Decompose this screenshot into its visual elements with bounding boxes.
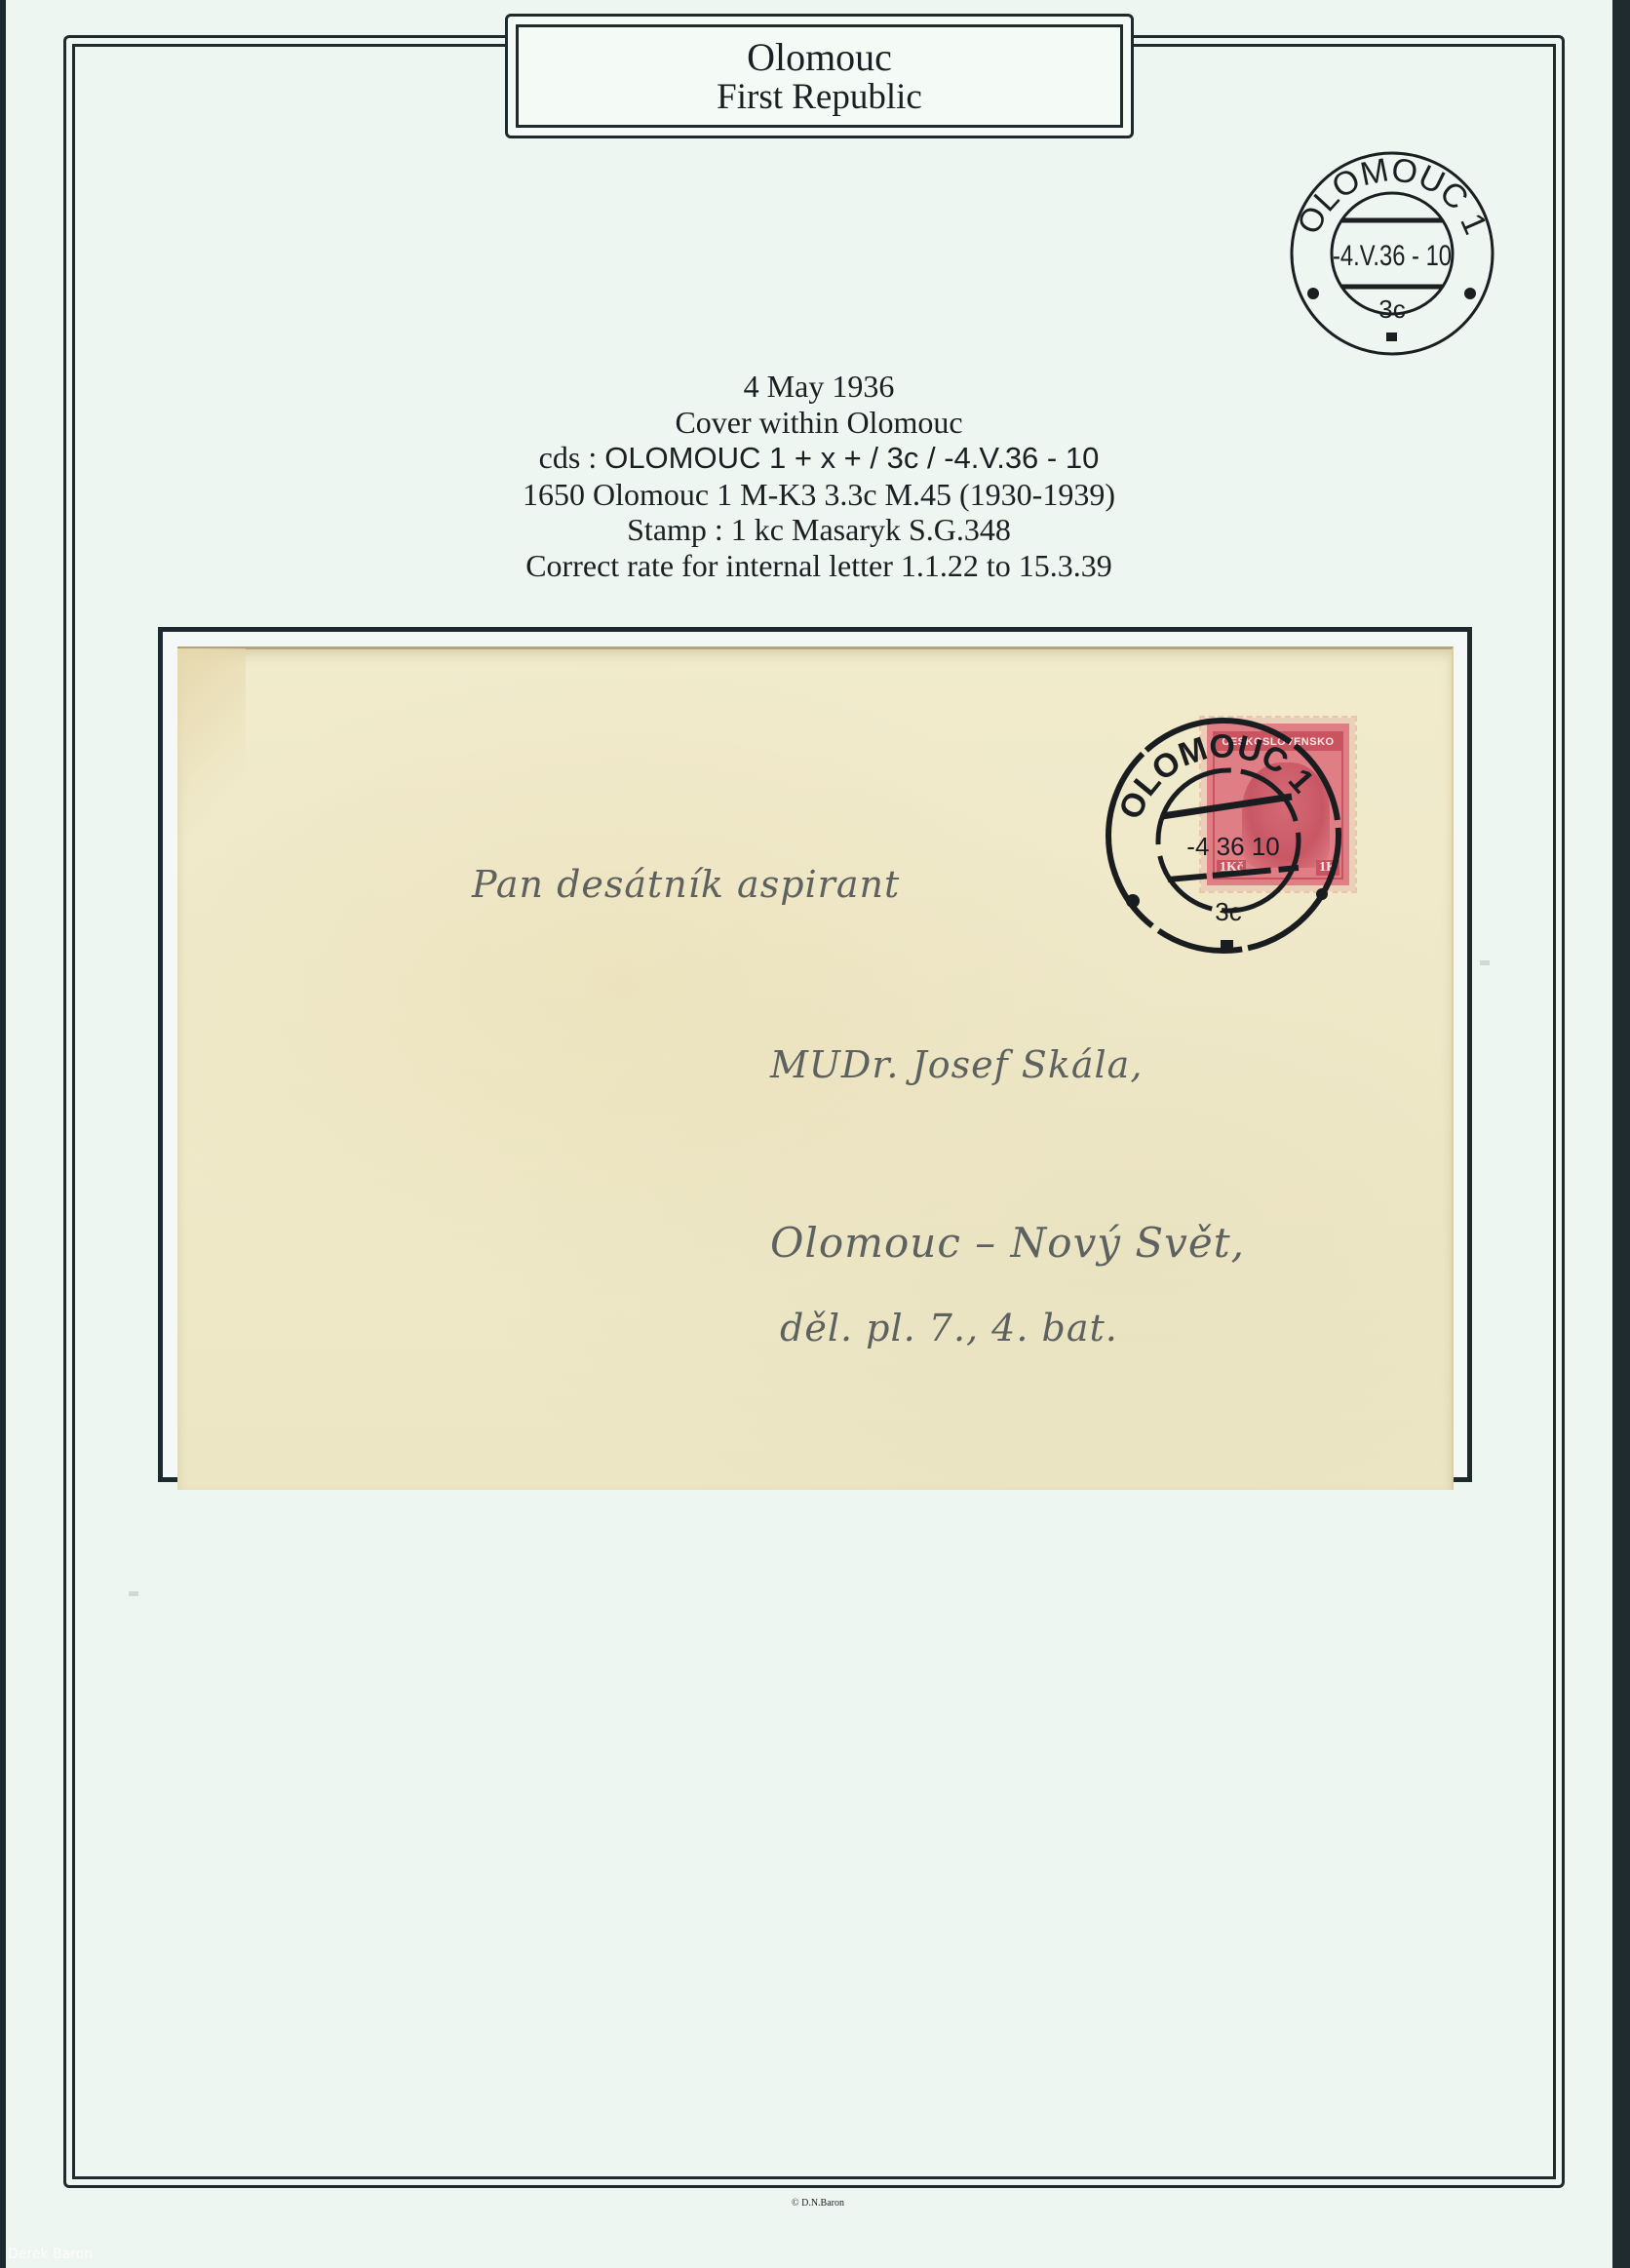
postmark-office-text: OLOMOUC 1 — [1290, 151, 1494, 240]
scan-artifact — [1480, 960, 1490, 965]
catalogue-reference: 1650 Olomouc 1 M-K3 3.3c M.45 (1930-1939… — [351, 477, 1287, 513]
postmark-code: 3c — [1378, 294, 1405, 324]
stamp-description: Stamp : 1 kc Masaryk S.G.348 — [351, 512, 1287, 548]
scan-artifact — [129, 1591, 138, 1596]
postmark-illustration: OLOMOUC 1 -4.V.36 - 10 3c — [1275, 144, 1509, 359]
cover-date: 4 May 1936 — [351, 369, 1287, 405]
scan-edge-left — [0, 0, 6, 2268]
scan-edge-right — [1612, 0, 1630, 2268]
address-line-1: Pan desátník aspirant — [472, 863, 900, 906]
watermark: Derek Baron — [8, 2247, 93, 2262]
cover-postmark: OLOMOUC 1 -4 36 10 3c — [1092, 704, 1355, 967]
address-line-4: děl. pl. 7., 4. bat. — [780, 1307, 1118, 1349]
cds-line: cds : OLOMOUC 1 + x + / 3c / -4.V.36 - 1… — [351, 440, 1287, 477]
cover-postmark-date: -4 36 10 — [1186, 832, 1279, 861]
page-subtitle: First Republic — [717, 79, 922, 115]
copyright-notice: © D.N.Baron — [792, 2198, 844, 2209]
cover-description: 4 May 1936 Cover within Olomouc cds : OL… — [351, 369, 1287, 583]
envelope-corner-fold — [177, 648, 246, 853]
address-line-2: MUDr. Josef Skála, — [770, 1043, 1143, 1086]
cover-postmark-code: 3c — [1215, 897, 1241, 926]
page-title-box: Olomouc First Republic — [505, 14, 1134, 138]
cds-text: OLOMOUC 1 + x + / 3c / -4.V.36 - 10 — [604, 441, 1099, 475]
cds-label: cds : — [539, 440, 598, 475]
rate-note: Correct rate for internal letter 1.1.22 … — [351, 548, 1287, 584]
postmark-date: -4.V.36 - 10 — [1333, 240, 1452, 272]
page-title: Olomouc — [747, 38, 892, 77]
address-line-3: Olomouc – Nový Svět, — [770, 1219, 1245, 1267]
cover-summary: Cover within Olomouc — [351, 405, 1287, 441]
